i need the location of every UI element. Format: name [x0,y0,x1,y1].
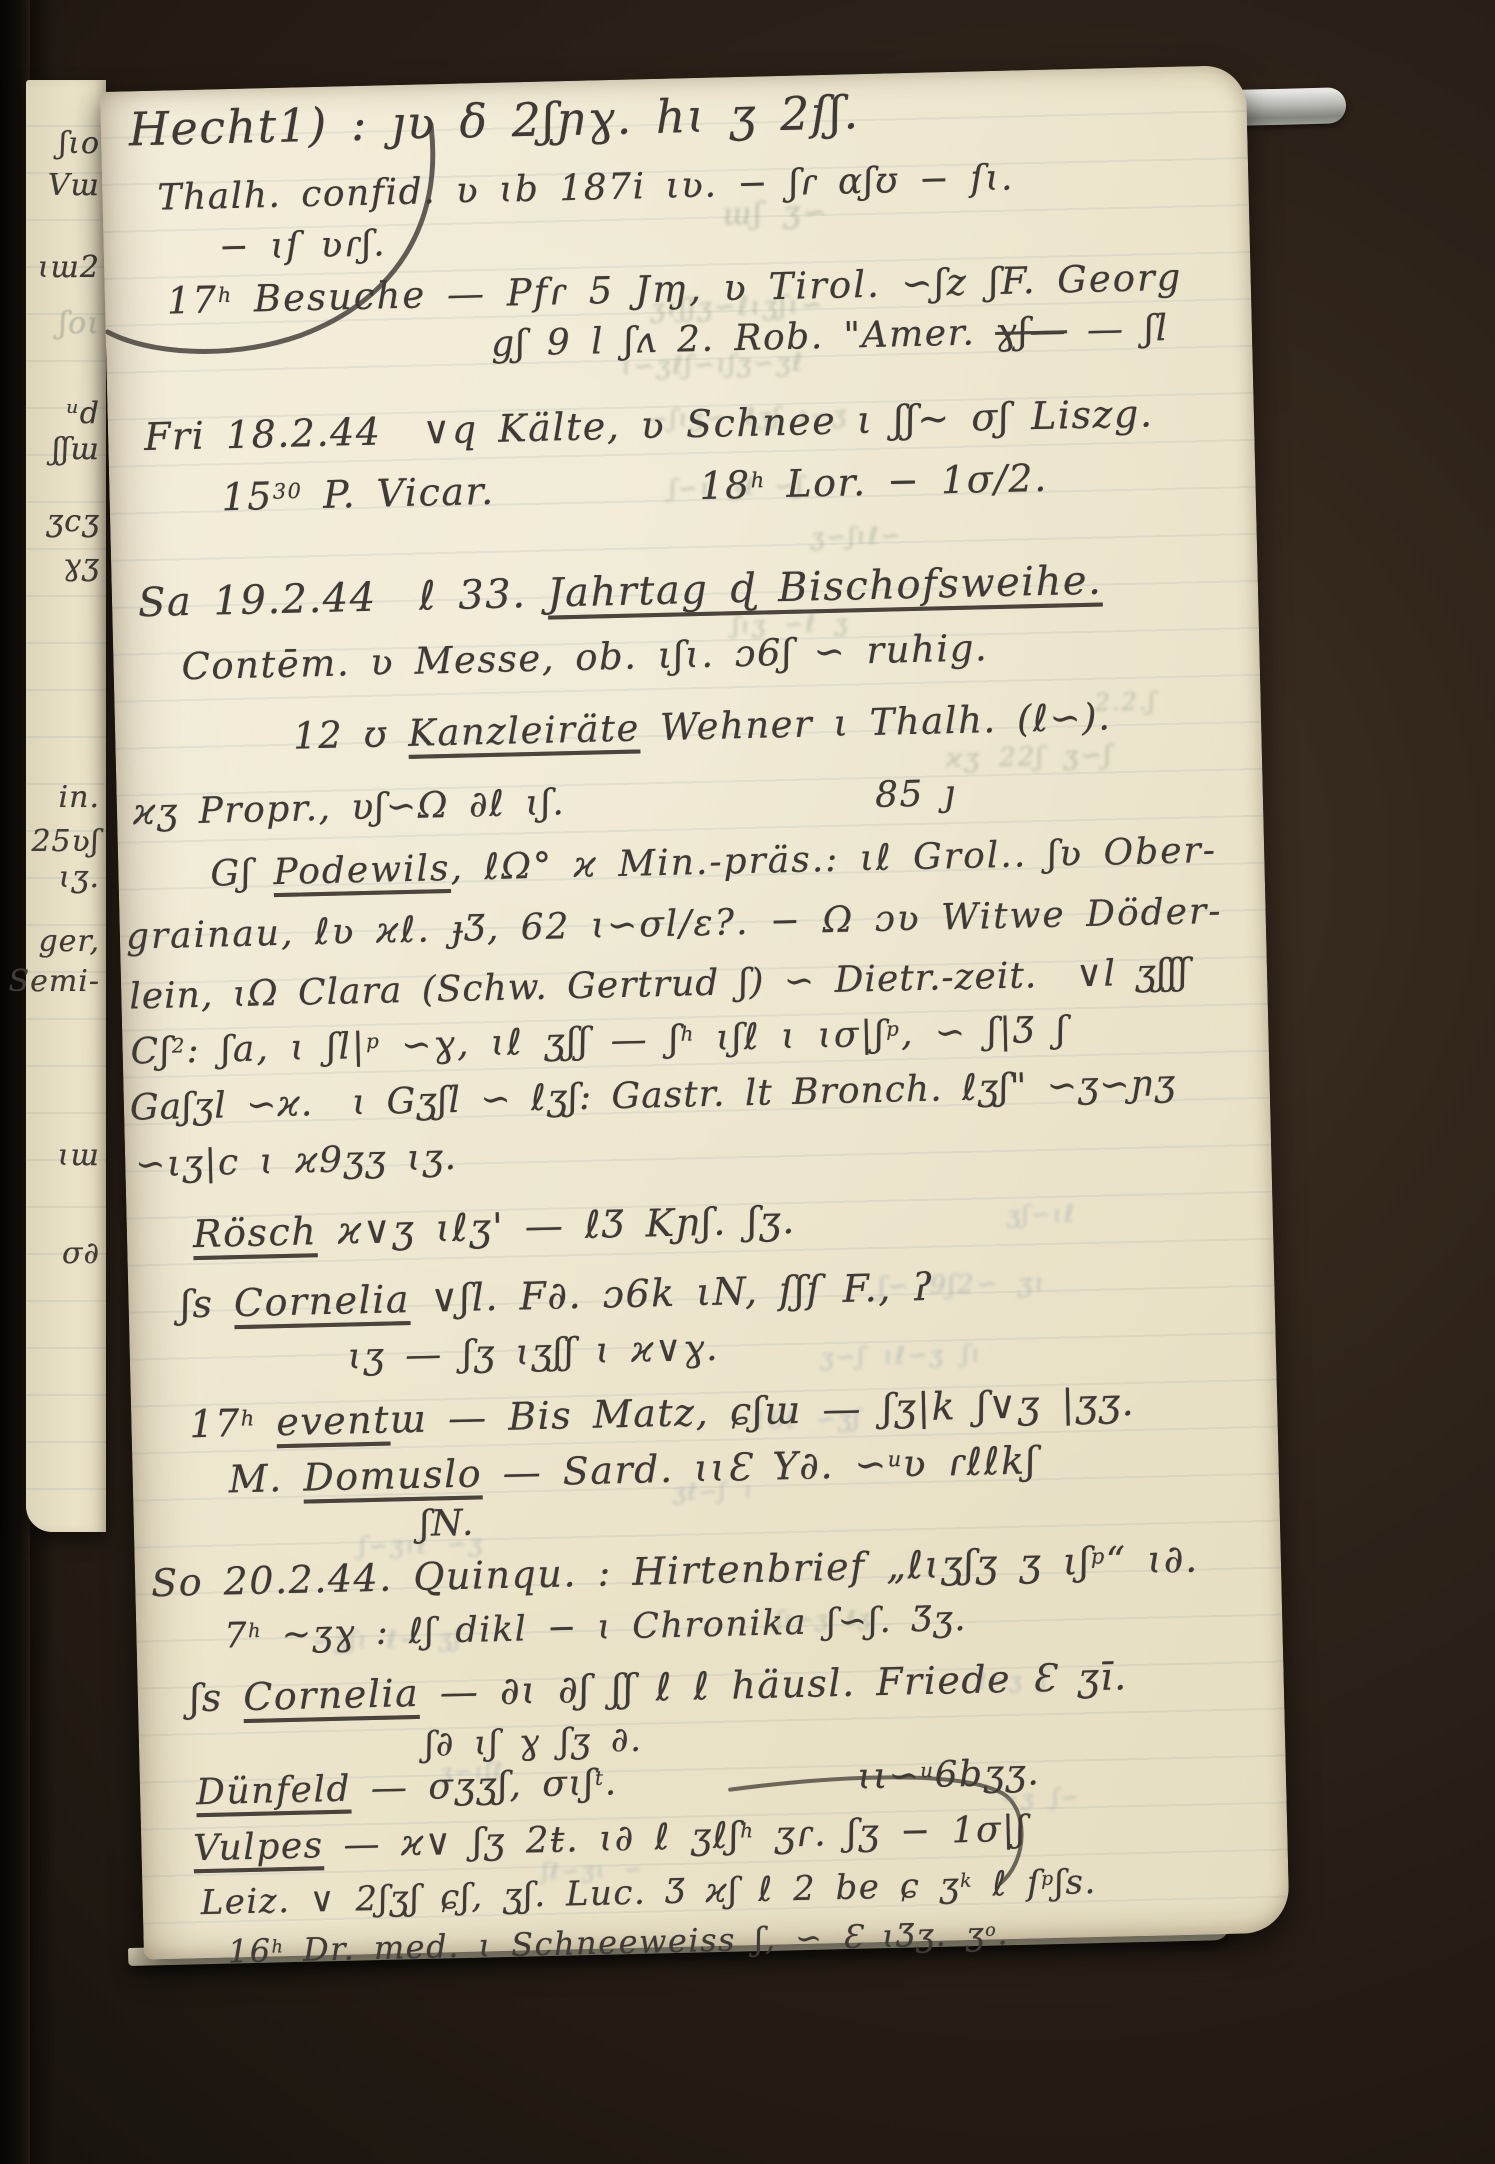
handwriting-segment: o [985,1921,998,1941]
handwriting-line: 12 ʊ Kanzleiräte Wehner ι Thalh. (ℓ∽). [293,696,1112,758]
previous-page-edge: ʃιoVɯɩɯ2ʃoιᵘdʃʃɯʒcʒɣʒin.25ʋʃɩʒ.ger,Semi-… [26,80,106,1532]
previous-page-text-fragment: ɩʒ. [59,860,100,895]
handwriting-segment: — ʃl [1067,308,1170,351]
handwriting-segment: , ʋ [606,402,686,448]
handwriting-segment: 15 [221,474,273,519]
previous-page-text-fragment: ᵘd [67,396,100,431]
previous-page-text-fragment: Vɯ [48,168,100,203]
handwriting-line: ʃN. [419,1503,475,1546]
handwriting-segment: Kälte [498,404,607,451]
handwriting-segment: Podewils [273,848,451,893]
handwriting-segment: ϰʒ Propr., υʃ∽Ω ∂ℓ ɩʃ. [133,782,566,833]
bleedthrough-ghost-line: ʒ∽ʃɩℓ∽ [810,521,902,551]
diary-page: ɯʃ ʒ∽ʒɩʃʃʒ∽ℓɩʒʃɩ∽ɩ∽ʒℓʃ∽ɩʃʒ∽ʒℓ∽ʃɩʒ∽ ℓʒʃ ɩ… [100,65,1290,1959]
handwriting-segment: . [997,1914,1010,1952]
previous-page-text-fragment: in. [59,780,100,815]
previous-page-text-fragment: ɩɯ [58,1138,100,1173]
handwriting-segment: ɩʃℓ ɩ ɩσ|ʃ [695,1014,887,1059]
previous-page-text-fragment: ʒcʒ [46,504,100,539]
bleedthrough-ghost-line: ʒ∽ʃ ɩℓ∽ʒ ʃɩ [820,1340,983,1372]
handwriting-line: Fri 18.2.44 ∨q Kälte, ʋ Schnee ι ʃʃ~ σʃ … [144,392,1154,459]
handwriting-segment: lein, ɩΩ Clara (Schw. Gertrud ʃ) ∽ Dietr… [129,952,1190,1018]
handwriting-segment: „ℓɩʒʃʒ ʒ ιʃ [865,1539,1091,1588]
handwriting-segment: 7 [224,1616,249,1657]
handwriting-line: Sa 19.2.44 ℓ 33. Jahrtag ɖ Bischofsweihe… [138,558,1103,627]
handwriting-line: So 20.2.44. Quinqu. : Hirtenbrief „ℓɩʒʃʒ… [151,1538,1199,1606]
previous-page-text-fragment: ɩɯ2 [38,250,100,285]
handwriting-segment: ∽ιʒ|c ɩ ϰ9ʒʒ ɩʒ. [135,1137,458,1186]
handwriting-segment: Fri 18.2.44 ∨q [144,407,499,459]
handwriting-line: gʃ 9 l ʃʌ 2. Rob. "Amer. ɣʃ— — ʃl [491,308,1170,365]
handwriting-segment: Vulpes [193,1825,324,1869]
handwriting-gap [495,499,700,504]
handwriting-segment: Rösch [192,1209,317,1256]
handwriting-segment: , ∽ ʃ|Ʒ ʃ [900,1009,1068,1054]
previous-page-text-fragment: ʃιo [59,126,100,161]
handwriting-segment: h [248,1619,262,1642]
handwriting-line: Contēm. ʋ Messe, ob. ιʃɩ. ɔ6ʃ ∽ ruhig. [181,627,989,689]
handwriting-segment: h [740,1819,755,1842]
handwriting-segment: h [750,468,766,492]
handwriting-segment: ɩʒ — ʃʒ ɩʒʃʃ ɩ ϰ∨ɣ. [347,1328,719,1378]
handwriting-segment: . [604,1762,618,1803]
handwriting-segment: h [240,1406,256,1430]
handwriting-segment: ʃs. [1054,1862,1097,1903]
handwriting-layer: Hecht1) : ȷʋ δ 2ʃɲɣ. hɩ ʒ 2ſʃ.Thalh. con… [100,65,1246,92]
handwriting-segment: Cornelia [233,1277,410,1325]
handwriting-line: − ɩſ ʋɾʃ. [218,223,386,268]
previous-page-text-fragment: ɣʒ [63,548,100,583]
handwriting-line: ʃs Cornelia ∨ʃl. F∂. ɔ6k ιN, ſʃſ F., ʔ [180,1266,934,1327]
handwriting-line: 16h Dr. med. ɩ Schneeweiss ʃ, ∽ Ɛ ɩƷʒ. ʒ… [227,1915,1009,1970]
handwriting-segment: ʃN. [419,1503,475,1545]
handwriting-segment: Dünfeld [196,1769,352,1814]
handwriting-segment: 30 [273,479,303,504]
handwriting-segment: 12 ʊ [293,712,409,758]
handwriting-segment: Wehner ι Thalh. (ℓ∽). [639,695,1112,749]
handwriting-gap [618,1789,858,1795]
handwriting-segment: 2 [172,1034,187,1057]
handwriting-segment: — ∂ɩ ∂ʃ ʃʃ ℓ ℓ häusl. Friede Ɛ ʒī. [419,1654,1128,1715]
handwriting-segment: k [960,1871,973,1892]
handwriting-line: M. Domuslo — Sard. ɩɩƐ Y∂. ∽uʋ ɾℓℓkʃ [228,1439,1038,1502]
handwriting-line: ϰʒ Propr., υʃ∽Ω ∂ℓ ɩʃ.85 ȷ [133,773,957,834]
handwriting-line: 17h eventɯ — Bis Matz, ɕʃɯ — ʃʒ|k ʃ∨ʒ |ʒ… [189,1381,1136,1447]
handwriting-segment: ʃ, ∽ Ɛ ɩƷʒ. ʒ [735,1915,985,1959]
handwriting-segment [255,1400,277,1444]
previous-page-text-fragment: σ∂ [62,1236,100,1271]
handwriting-segment: P. Vicar. [302,469,495,518]
handwriting-segment: u [887,1447,903,1471]
previous-page-text-fragment: Semi- [9,964,100,999]
handwriting-segment: Sa 19.2.44 ℓ 33. [138,571,549,627]
handwriting-segment: h [680,1022,695,1045]
handwriting-segment: ɯ — Bis Matz, ɕʃɯ — ʃʒ|k ʃ∨ʒ |ʒʒ. [389,1380,1135,1442]
handwriting-segment: ʋ ɾℓℓkʃ [902,1438,1038,1485]
handwriting-segment: , ℓΩ° ϰ Min.-präs.: ιℓ Grol.. ʃʋ Ober- [450,830,1217,889]
handwriting-segment: ℓ ſ [973,1863,1042,1905]
handwriting-line: Cʃ2: ʃa, ɩ ʃl|p ∽ɣ, ɩℓ ʒʃʃ — ʃh ɩʃℓ ɩ ɩσ… [130,1009,1068,1072]
handwriting-segment: ɩι∽ [857,1755,921,1797]
handwriting-line: Vulpes — ϰ∨ ʃʒ 2ŧ. ɩ∂ ℓ ʒℓʃh ʒɾ. ʃʒ − 1σ… [193,1809,1028,1870]
handwriting-segment: 85 ȷ [875,773,957,816]
handwriting-gap [565,807,875,814]
handwriting-segment: gʃ 9 l ʃʌ 2. Rob. "Amer. [491,312,996,365]
handwriting-segment: 18 [699,463,751,508]
handwriting-segment: So 20.2.44. Quinqu. : [151,1550,633,1605]
handwriting-segment: Jahrtag ɖ Bischofsweihe. [547,558,1103,617]
handwriting-segment: Hecht [128,99,278,156]
handwriting-segment: Gaʃʒl ∽ϰ. ɩ Gʒʃl ∽ ℓʒʃ: Gastr. lt Bronch… [129,1063,1176,1129]
handwriting-segment: ʒɾ. ʃʒ − 1σ|ʃ [754,1809,1027,1856]
handwriting-line: Gʃ Podewils, ℓΩ° ϰ Min.-präs.: ιℓ Grol..… [210,830,1217,895]
handwriting-segment: 6bʒʒ. [934,1752,1040,1795]
handwriting-segment: ϰ∨ʒ ɩℓʒ' — ℓƷ Kɲʃ. ʃʒ. [317,1198,797,1253]
handwriting-line: Dünfeld — σʒʒʃ, σɩʃt.ɩι∽u6bʒʒ. [196,1752,1041,1813]
handwriting-segment: h [218,283,234,307]
handwriting-segment: Schneeweiss [511,1921,737,1964]
handwriting-segment: Cornelia [243,1671,420,1719]
handwriting-segment: Kanzleiräte [408,706,641,754]
handwriting-segment: Thalh. confid. [157,171,436,219]
handwriting-segment: ʃ∂ ɩʃ ɣ ʃʒ ∂. [425,1720,643,1765]
bleedthrough-ghost-line: ʒʃ∽ɩℓ [1006,1199,1076,1229]
handwriting-segment: t [595,1767,605,1790]
handwriting-segment: 16 [227,1931,272,1970]
handwriting-segment: ȷʋ δ 2ʃɲɣ. hɩ ʒ 2ſʃ. [390,85,860,150]
handwriting-segment: p [366,1030,381,1053]
handwriting-segment: ʃs [189,1675,243,1720]
handwriting-segment: : ʃa, ɩ ʃl| [186,1026,367,1071]
previous-page-text-fragment: ʃoι [59,306,100,341]
bleedthrough-ghost-line: ϰʒ 22ʃ ʒ∽ʃ [946,740,1114,774]
handwriting-segment: M. [228,1456,304,1502]
handwriting-segment: Domuslo [303,1451,483,1499]
handwriting-line: 7h ~ʒɣ : ℓʃ dikl − ɩ Chronika ʃ∽ʃ. Ʒʒ. [224,1599,967,1657]
handwriting-line: ʃs Cornelia — ∂ɩ ∂ʃ ʃʃ ℓ ℓ häusl. Friede… [189,1655,1128,1721]
handwriting-segment: 1) : [277,96,392,153]
handwriting-line: Thalh. confid. ʋ ɩb 187i ιʋ. − ʃɾ ɑʃʊ − … [157,158,1014,220]
handwriting-segment: p [886,1018,901,1041]
handwriting-segment: h [271,1937,284,1957]
previous-page-text-fragment: ger, [38,924,100,959]
handwriting-segment: p [1091,1544,1106,1568]
handwriting-segment: Lor. − 1σ/2. [765,456,1048,507]
handwriting-segment: Schnee [685,399,836,447]
handwriting-segment: ~ʒɣ : ℓʃ dikl − ɩ Chronika ʃ∽ʃ. Ʒʒ. [262,1599,968,1656]
handwriting-line: ʃ∂ ɩʃ ɣ ʃʒ ∂. [425,1721,643,1765]
handwriting-segment: u [920,1759,935,1782]
handwriting-segment: — ϰ∨ ʃʒ 2ŧ. ɩ∂ ℓ ʒℓʃ [323,1815,741,1866]
handwriting-segment: ʋ ɩb 187i ιʋ. − ʃɾ ɑʃʊ − ſɩ. [436,158,1015,213]
handwriting-segment: ι ʃʃ~ σʃ Liszg. [836,391,1154,442]
handwriting-segment: Dr. med. ɩ [284,1926,512,1969]
handwriting-segment: p [1041,1869,1055,1890]
handwriting-segment: Gʃ [210,852,274,894]
bleedthrough-text-layer: ɯʃ ʒ∽ʒɩʃʃʒ∽ℓɩʒʃɩ∽ɩ∽ʒℓʃ∽ɩʃʒ∽ʒℓ∽ʃɩʒ∽ ℓʒʃ ɩ… [100,65,1246,92]
handwriting-segment: — Sard. ɩɩƐ Y∂. ∽ [482,1442,889,1496]
handwriting-segment: ∨ʃl. F∂. ɔ6k ιN, ſʃſ F., ʔ [409,1265,934,1321]
handwriting-line: Rösch ϰ∨ʒ ɩℓʒ' — ℓƷ Kɲʃ. ʃʒ. [192,1199,796,1257]
handwriting-segment: 17 [166,278,218,322]
handwriting-segment: ʃs [180,1281,234,1326]
handwriting-segment: 17 [189,1401,241,1446]
handwriting-segment: ∽ɣ, ɩℓ ʒʃʃ — ʃ [380,1019,681,1067]
handwriting-segment: “ ɩ∂. [1105,1537,1199,1583]
handwriting-line: Hecht1) : ȷʋ δ 2ʃɲɣ. hɩ ʒ 2ſʃ. [128,86,860,156]
handwriting-segment: ɣʃ— [995,310,1068,353]
handwriting-segment: Cʃ [130,1031,172,1073]
handwriting-segment: Leiz. ∨ 2ʃʒʃ ɕʃ, ʒʃ. Luc. Ʒ ϰʃ ℓ 2 be ɕ … [200,1865,960,1923]
handwriting-segment: Contēm. ʋ Messe, ob. ιʃɩ. ɔ6ʃ ∽ ruhig. [181,626,989,688]
handwriting-line: grainau, ℓʋ ϰℓ. ɟƷ, 62 ɩ∽σl/ε?. − Ω ɔʋ W… [125,891,1222,958]
handwriting-segment: Hirtenbrief [632,1544,866,1593]
handwriting-line: Gaʃʒl ∽ϰ. ɩ Gʒʃl ∽ ℓʒʃ: Gastr. lt Bronch… [129,1063,1176,1129]
previous-page-text-fragment: ʃʃɯ [52,432,100,467]
handwriting-line: ∽ιʒ|c ɩ ϰ9ʒʒ ɩʒ. [135,1137,458,1186]
handwriting-line: ɩʒ — ʃʒ ɩʒʃʃ ɩ ϰ∨ɣ. [347,1328,719,1378]
handwriting-line: 1530 P. Vicar.18h Lor. − 1σ/2. [221,457,1048,520]
handwriting-segment: event [276,1398,391,1445]
handwriting-line: lein, ɩΩ Clara (Schw. Gertrud ʃ) ∽ Dietr… [129,952,1190,1018]
previous-page-text-fragment: 25ʋʃ [31,824,100,859]
handwriting-segment: grainau, ℓʋ ϰℓ. ɟƷ, 62 ɩ∽σl/ε?. − Ω ɔʋ W… [125,891,1222,958]
handwriting-segment: − ɩſ ʋɾʃ. [218,223,386,268]
handwriting-segment: — σʒʒʃ, σɩʃ [350,1763,595,1810]
